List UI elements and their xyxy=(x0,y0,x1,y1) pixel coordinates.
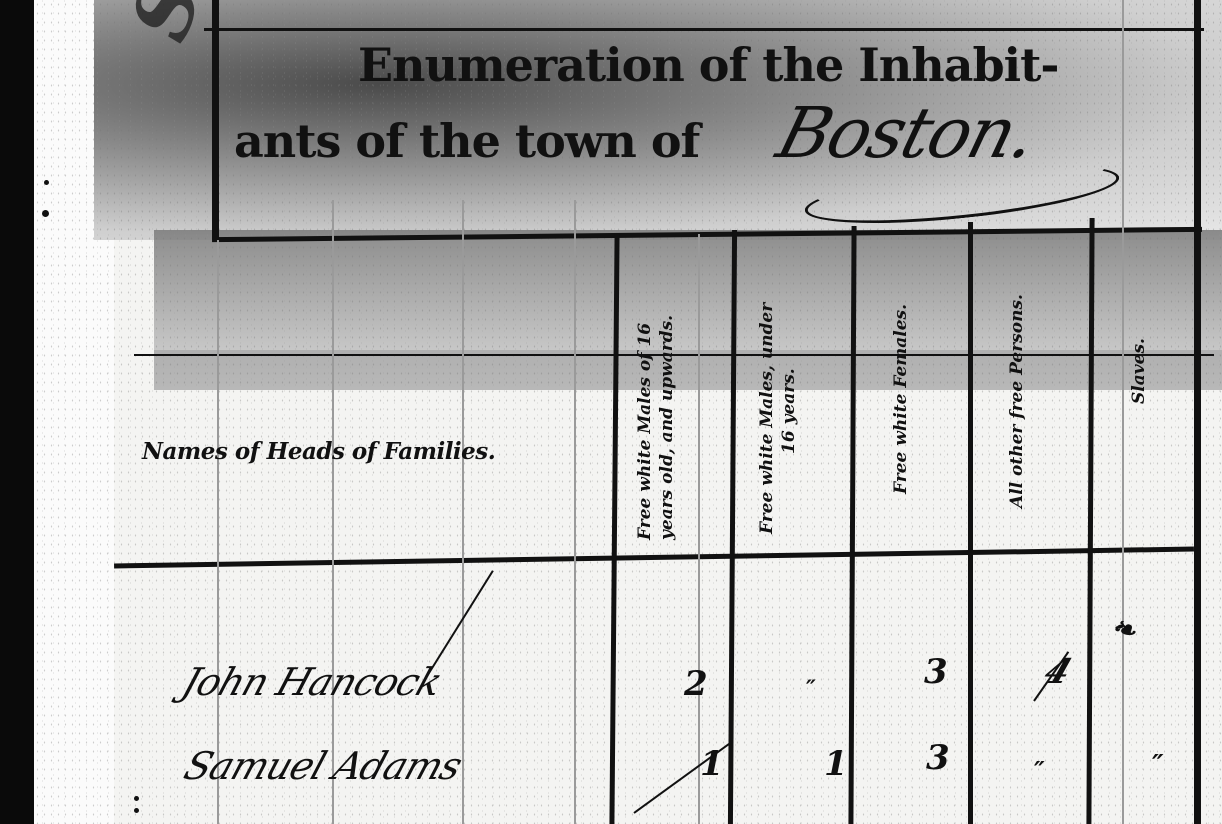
rule-col-5b xyxy=(1122,0,1124,824)
names-of-heads-header: Names of Heads of Families. xyxy=(142,438,495,465)
rule-name-3 xyxy=(462,200,464,824)
rule-left-title xyxy=(212,0,219,240)
row-1-name: John Hancock xyxy=(177,660,447,704)
rule-right xyxy=(1194,0,1201,824)
rule-col-4 xyxy=(968,222,973,824)
rule-name-4 xyxy=(574,200,576,824)
row-1-males-under-16: ″ xyxy=(806,676,816,702)
title-line-2: ants of the town of xyxy=(234,114,699,168)
row-2-name: Samuel Adams xyxy=(179,744,467,788)
column-header-white-females: Free white Females. xyxy=(890,304,912,494)
row-2-slaves: ″ xyxy=(1152,750,1164,780)
rule-name-2 xyxy=(332,200,334,824)
title-line-1: Enumeration of the Inhabit- xyxy=(358,38,1058,92)
speck xyxy=(134,808,139,813)
speck xyxy=(44,180,49,185)
row-2-males-under-16: 1 xyxy=(824,744,848,784)
town-name-handwritten: Boston. xyxy=(769,92,1044,174)
row-2-white-females: 3 xyxy=(926,738,950,778)
column-header-males-under-16: Free white Males, under 16 years. xyxy=(756,303,800,534)
column-header-slaves: Slaves. xyxy=(1128,338,1150,404)
rule-top xyxy=(204,28,1204,31)
rule-col-1b xyxy=(698,234,700,824)
column-header-males-16-plus: Free white Males of 16 years old, and up… xyxy=(634,315,678,540)
row-2-other-free: ″ xyxy=(1034,756,1045,785)
row-1-males-16-plus: 2 xyxy=(684,664,708,704)
census-page: Suff Enumeration of the Inhabit- ants of… xyxy=(34,0,1222,824)
rule-name-1 xyxy=(217,240,219,824)
row-1-white-females: 3 xyxy=(924,652,948,692)
speck xyxy=(134,796,139,801)
speck xyxy=(42,210,49,217)
column-header-other-free-persons: All other free Persons. xyxy=(1006,294,1028,508)
